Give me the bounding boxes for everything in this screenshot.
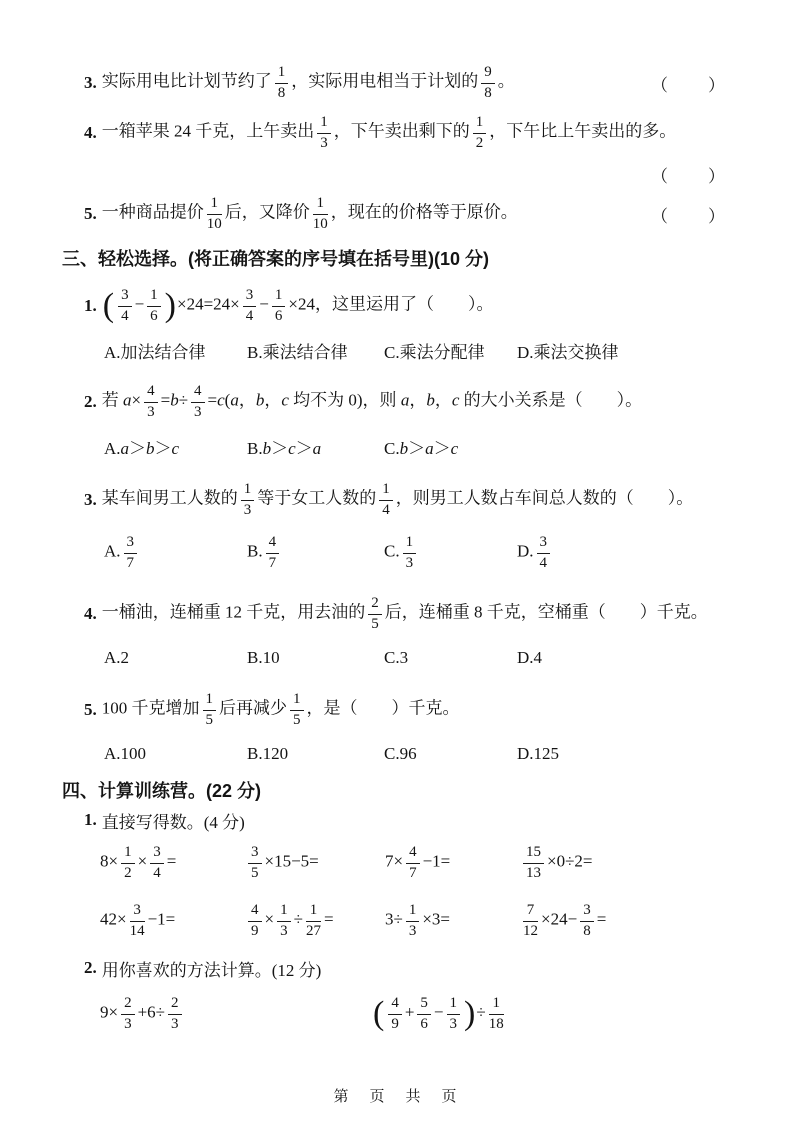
choice-question-3: 3. 某车间男工人数的13等于女工人数的14，则男工人数占车间总人数的（ ）。: [84, 473, 737, 527]
sub-number: 1.: [84, 810, 97, 830]
calc-expression: 35×15−5=: [245, 844, 385, 882]
options-row-3: A.37 B.47 C.13 D.34: [104, 529, 737, 577]
option-c: C.乘法分配律: [384, 338, 517, 363]
question-number: 4.: [84, 604, 97, 624]
calc-expression: (49+56−13)÷118: [372, 995, 737, 1033]
footer-page-label: 第 页 共 页: [0, 1085, 793, 1106]
option-b: B.b＞c＞a: [247, 434, 384, 459]
options-row-5: A.100 B.120 C.96 D.125: [104, 739, 737, 769]
item-number: 4.: [84, 123, 97, 143]
calc-expression: 712×24−38=: [520, 902, 737, 940]
option-b: B.10: [247, 648, 384, 668]
choice-question-4: 4. 一桶油，连桶重 12 千克，用去油的25后，连桶重 8 千克，空桶重（ ）…: [84, 587, 737, 641]
calc-expression: 7×47−1=: [385, 844, 520, 882]
question-number: 3.: [84, 490, 97, 510]
calc-row-1: 8×12×34= 35×15−5= 7×47−1= 1513×0÷2=: [100, 837, 737, 889]
option-a: A.a＞b＞c: [104, 434, 247, 459]
question-text: 某车间男工人数的13等于女工人数的14，则男工人数占车间总人数的（ ）。: [102, 481, 694, 519]
sub-title-text: 直接写得数。(4 分): [102, 808, 245, 833]
option-b: B.乘法结合律: [247, 338, 384, 363]
choice-question-5: 5. 100 千克增加15后再减少15，是（ ）千克。: [84, 683, 737, 737]
calc-expression: 1513×0÷2=: [520, 844, 737, 882]
calc-sub2-title: 2. 用你喜欢的方法计算。(12 分): [84, 955, 737, 981]
method-calc-row: 9×23+6÷23 (49+56−13)÷118: [100, 985, 737, 1043]
answer-bracket: （ ）: [651, 71, 737, 96]
question-text: 一桶油，连桶重 12 千克，用去油的25后，连桶重 8 千克，空桶重（ ）千克。: [102, 595, 708, 633]
option-d: D.4: [517, 648, 737, 668]
option-a: A.2: [104, 648, 247, 668]
answer-bracket: （ ）: [651, 202, 737, 227]
question-text: (34−16)×24=24×34−16×24，这里运用了（ ）。: [102, 287, 494, 325]
choice-question-2: 2. 若 a×43=b÷43=c(a，b，c 均不为 0)，则 a，b，c 的大…: [84, 375, 737, 429]
question-number: 5.: [84, 700, 97, 720]
option-d: D.125: [517, 744, 737, 764]
calc-row-2: 42×314−1= 49×13÷127= 3÷13×3= 712×24−38=: [100, 895, 737, 947]
option-c: C.3: [384, 648, 517, 668]
item-text: 一种商品提价110后，又降价110，现在的价格等于原价。: [102, 195, 651, 233]
options-row-4: A.2 B.10 C.3 D.4: [104, 643, 737, 673]
option-b: B.47: [247, 534, 384, 572]
option-d: D.34: [517, 534, 737, 572]
calc-expression: 49×13÷127=: [245, 902, 385, 940]
section-heading-choice: 三、轻松选择。(将正确答案的序号填在括号里)(10 分): [62, 245, 737, 271]
question-number: 2.: [84, 392, 97, 412]
calc-sub1-title: 1. 直接写得数。(4 分): [84, 807, 737, 833]
options-row-1: A.加法结合律 B.乘法结合律 C.乘法分配律 D.乘法交换律: [104, 335, 737, 365]
calc-expression: 42×314−1=: [100, 902, 245, 940]
option-d: D.乘法交换律: [517, 338, 737, 363]
judge-item-5: 5. 一种商品提价110后，又降价110，现在的价格等于原价。 （ ）: [84, 189, 737, 239]
sub-title-text: 用你喜欢的方法计算。(12 分): [102, 956, 322, 981]
option-b: B.120: [247, 744, 384, 764]
item-text: 一箱苹果 24 千克，上午卖出13，下午卖出剩下的12，下午比上午卖出的多。: [102, 114, 737, 152]
judge-item-3: 3. 实际用电比计划节约了18，实际用电相当于计划的98。 （ ）: [84, 58, 737, 108]
item-number: 5.: [84, 204, 97, 224]
option-a: A.37: [104, 534, 247, 572]
item-text: 实际用电比计划节约了18，实际用电相当于计划的98。: [102, 64, 651, 102]
calc-expression: 9×23+6÷23: [100, 995, 372, 1033]
judge-item-4: 4. 一箱苹果 24 千克，上午卖出13，下午卖出剩下的12，下午比上午卖出的多…: [84, 108, 737, 158]
calc-expression: 8×12×34=: [100, 844, 245, 882]
option-a: A.100: [104, 744, 247, 764]
answer-bracket: （ ）: [62, 162, 737, 187]
question-number: 1.: [84, 296, 97, 316]
item-number: 3.: [84, 73, 97, 93]
section-heading-calc: 四、计算训练营。(22 分): [62, 777, 737, 803]
options-row-2: A.a＞b＞c B.b＞c＞a C.b＞a＞c: [104, 431, 737, 461]
question-text: 100 千克增加15后再减少15，是（ ）千克。: [102, 691, 460, 729]
worksheet-page: 3. 实际用电比计划节约了18，实际用电相当于计划的98。 （ ） 4. 一箱苹…: [0, 0, 793, 1122]
calc-expression: 3÷13×3=: [385, 902, 520, 940]
sub-number: 2.: [84, 958, 97, 978]
option-c: C.96: [384, 744, 517, 764]
option-c: C.b＞a＞c: [384, 434, 517, 459]
option-a: A.加法结合律: [104, 338, 247, 363]
option-c: C.13: [384, 534, 517, 572]
question-text: 若 a×43=b÷43=c(a，b，c 均不为 0)，则 a，b，c 的大小关系…: [102, 383, 642, 421]
choice-question-1: 1. (34−16)×24=24×34−16×24，这里运用了（ ）。: [84, 279, 737, 333]
